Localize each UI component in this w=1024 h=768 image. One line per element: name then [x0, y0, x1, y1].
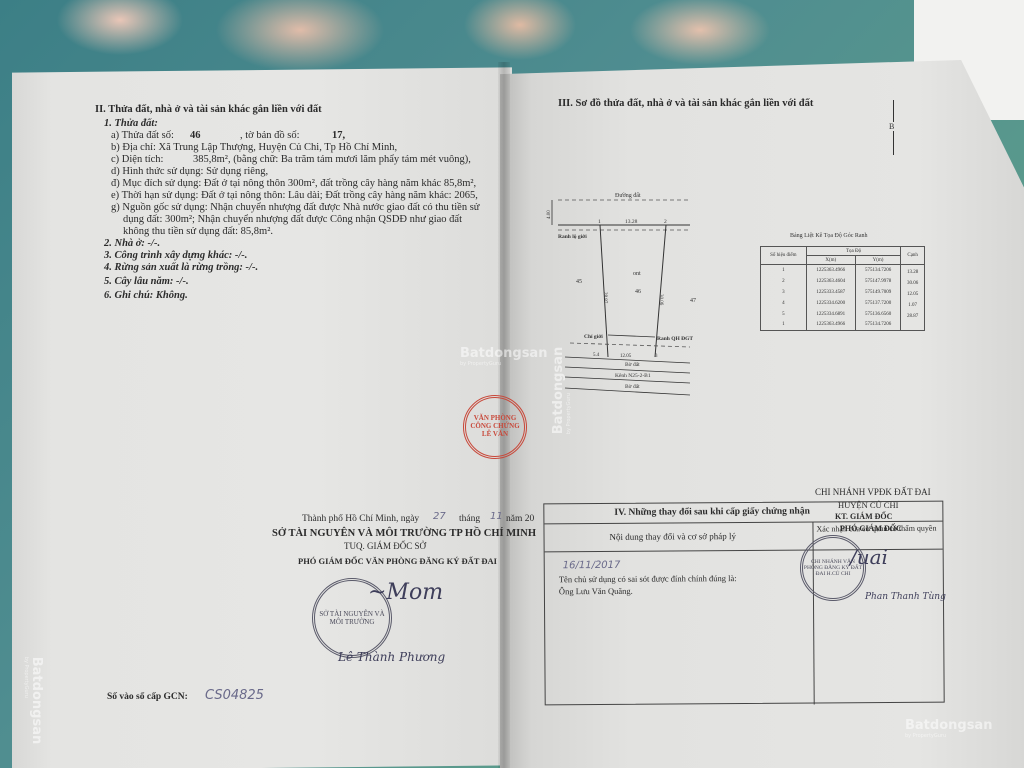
coord-edge: 1.07 — [901, 298, 925, 309]
watermark-tagline: by PropertyGuru — [566, 347, 572, 434]
signature-mark: ~Mom — [368, 580, 443, 605]
svg-text:30.06: 30.06 — [658, 294, 663, 306]
branch-kt: KT. GIÁM ĐỐC — [835, 512, 892, 522]
item-perennial-trees: 5. Cây lâu năm: -/-. — [104, 276, 189, 289]
signer-name: Lê Thành Phương — [338, 650, 445, 664]
parcel-heading: 1. Thửa đất: — [104, 118, 158, 131]
branch-signature-mark: /uai — [850, 545, 888, 569]
item-notes: 6. Ghi chú: Không. — [104, 290, 188, 303]
date-month: 11 — [490, 511, 503, 523]
coord-x: 1225334.6891 — [806, 309, 855, 320]
authorization-line: TUQ. GIÁM ĐỐC SỞ — [344, 541, 426, 552]
area-value: 385,8m², (bằng chữ: Ba trăm tám mươi lăm… — [193, 154, 471, 167]
coord-edge: 13.28 — [901, 265, 925, 276]
issuing-agency: SỞ TÀI NGUYÊN VÀ MÔI TRƯỜNG TP HỒ CHÍ MI… — [272, 528, 536, 541]
svg-text:46: 46 — [635, 289, 641, 295]
coord-point: 5 — [761, 309, 807, 320]
change-entry-date: 16/11/2017 — [563, 560, 621, 572]
col-change-content: Nội dung thay đổi và cơ sở pháp lý — [610, 531, 737, 543]
coord-y: 575136.6560 — [855, 309, 900, 320]
coord-table: Số hiệu điểm Tọa Độ Cạnh X(m) Y(m) 11225… — [760, 246, 925, 331]
watermark-batdongsan-side: Batdongsanby PropertyGuru — [23, 657, 44, 744]
coord-y: 575149.7009 — [855, 287, 900, 298]
section-ii-title: II. Thửa đất, nhà ở và tài sản khác gắn … — [95, 104, 322, 117]
gcn-register-label: Số vào sổ cấp GCN: — [107, 692, 188, 703]
svg-text:3: 3 — [655, 354, 658, 359]
usage-origin-2: dụng đất: 300m²; Nhận chuyển nhượng đất … — [123, 214, 462, 227]
usage-term: e) Thời hạn sử dụng: Đất ở tại nông thôn… — [111, 190, 478, 203]
watermark-batdongsan-corner: Batdongsanby PropertyGuru — [905, 718, 992, 739]
coord-edge: 28.87 — [901, 309, 925, 320]
map-sheet-label: , tờ bản đồ số: — [240, 130, 300, 143]
coord-row: 11225363.4966575134.7206 — [761, 320, 925, 331]
coord-point: 1 — [761, 265, 807, 276]
department-seal-text: SỞ TÀI NGUYÊN VÀ MÔI TRƯỜNG — [315, 610, 389, 626]
col-y: Y(m) — [855, 256, 900, 265]
area-label: c) Diện tích: — [111, 154, 163, 167]
coord-y: 575134.7206 — [855, 265, 900, 276]
svg-text:Kênh N25-2-B1: Kênh N25-2-B1 — [615, 373, 651, 379]
signer-title: PHÓ GIÁM ĐỐC VĂN PHÒNG ĐĂNG KÝ ĐẤT ĐAI — [298, 556, 497, 566]
svg-text:Bờ đất: Bờ đất — [625, 383, 640, 390]
place-date-label: Thành phố Hồ Chí Minh, ngày — [302, 514, 419, 525]
svg-text:Bờ đất: Bờ đất — [625, 361, 640, 368]
branch-pgd: PHÓ GIÁM ĐỐC — [840, 524, 902, 534]
branch-district: HUYỆN CỦ CHI — [838, 500, 898, 510]
watermark-brand: Batdongsan — [460, 346, 547, 361]
watermark-batdongsan: Batdongsanby PropertyGuru — [460, 346, 547, 367]
usage-form: d) Hình thức sử dụng: Sử dụng riêng, — [111, 166, 268, 179]
section-iv-title: IV. Những thay đổi sau khi cấp giấy chứn… — [614, 507, 810, 520]
coord-x: 1225333.4587 — [806, 287, 855, 298]
coord-row: 11225363.4966575134.720613.28 — [761, 265, 925, 276]
parcel-number: 46 — [190, 130, 201, 143]
coord-point: 2 — [761, 276, 807, 287]
month-label: tháng — [459, 514, 480, 525]
svg-text:1: 1 — [598, 219, 601, 225]
section-iii-title: III. Sơ đồ thửa đất, nhà ở và tài sản kh… — [558, 98, 813, 111]
watermark-tagline: by PropertyGuru — [460, 361, 547, 367]
watermark-brand: Batdongsan — [905, 718, 992, 733]
parcel-number-label: a) Thửa đất số: — [111, 130, 174, 143]
col-coord: Tọa Độ — [806, 247, 901, 256]
coord-x: 1225363.4966 — [806, 265, 855, 276]
coord-edge: 12.05 — [901, 287, 925, 298]
svg-text:Ranh lộ giới: Ranh lộ giới — [558, 234, 587, 240]
map-sheet-number: 17, — [332, 130, 345, 143]
coord-point: 3 — [761, 287, 807, 298]
svg-text:47: 47 — [690, 298, 696, 304]
notary-red-stamp: VĂN PHÒNG CÔNG CHỨNG LÊ VĂN — [463, 395, 527, 459]
svg-text:Chỉ giới: Chỉ giới — [584, 334, 603, 340]
coord-x: 1225363.4604 — [806, 276, 855, 287]
svg-text:12.05: 12.05 — [620, 354, 632, 359]
usage-origin-3: không thu tiền sử dụng đất: 85,8m². — [123, 226, 273, 239]
col-edge: Cạnh — [901, 247, 925, 265]
parcel-address: b) Địa chỉ: Xã Trung Lập Thượng, Huyện C… — [111, 142, 397, 155]
change-entry-text-2: Ông Lưu Văn Quãng. — [559, 586, 633, 597]
watermark-tagline: by PropertyGuru — [905, 733, 992, 739]
coord-edge: 30.06 — [901, 276, 925, 287]
svg-text:4.00: 4.00 — [547, 210, 552, 219]
col-x: X(m) — [806, 256, 855, 265]
coord-point: 1 — [761, 320, 807, 331]
svg-text:ont: ont — [633, 271, 641, 277]
coord-row: 51225334.6891575136.656028.87 — [761, 309, 925, 320]
svg-text:5.4: 5.4 — [593, 353, 600, 358]
item-other-construction: 3. Công trình xây dựng khác: -/-. — [104, 250, 247, 263]
coord-row: 41225334.6200575137.72001.07 — [761, 298, 925, 309]
item-planted-forest: 4. Rừng sản xuất là rừng trồng: -/-. — [104, 262, 258, 275]
coord-table-caption: Bảng Liệt Kê Tọa Độ Góc Ranh — [790, 233, 868, 239]
coord-row: 31225333.4587575149.700912.05 — [761, 287, 925, 298]
coord-row: 21225363.4604575147.997830.06 — [761, 276, 925, 287]
year-label: năm 20 — [506, 514, 534, 525]
gcn-register-number: CS04825 — [205, 688, 264, 704]
usage-origin-1: g) Nguồn gốc sử dụng: Nhận chuyển nhượng… — [111, 202, 480, 215]
coord-x: 1225363.4966 — [806, 320, 855, 331]
svg-text:Đường đất: Đường đất — [615, 192, 641, 199]
svg-text:Ranh QH ĐGT: Ranh QH ĐGT — [657, 336, 693, 342]
notary-stamp-text: VĂN PHÒNG CÔNG CHỨNG LÊ VĂN — [466, 415, 524, 438]
watermark-brand: Batdongsan — [551, 347, 566, 434]
coord-y: 575134.7206 — [855, 320, 900, 331]
col-point: Số hiệu điểm — [761, 247, 807, 265]
watermark-batdongsan-vertical: Batdongsanby PropertyGuru — [551, 347, 572, 434]
date-day: 27 — [433, 511, 446, 523]
svg-text:28.87: 28.87 — [602, 292, 607, 304]
item-house: 2. Nhà ở: -/-. — [104, 238, 160, 251]
north-label: B — [889, 122, 894, 131]
coord-edge — [901, 320, 925, 331]
coord-x: 1225334.6200 — [806, 298, 855, 309]
coord-y: 575147.9978 — [855, 276, 900, 287]
coord-point: 4 — [761, 298, 807, 309]
change-entry-text-1: Tên chủ sử dụng có sai sót được đính chí… — [559, 573, 737, 584]
usage-purpose: đ) Mục đích sử dụng: Đất ở tại nông thôn… — [111, 178, 476, 191]
branch-header: CHI NHÁNH VPĐK ĐẤT ĐAI — [815, 487, 931, 498]
svg-text:45: 45 — [576, 279, 582, 285]
svg-text:2: 2 — [664, 219, 667, 225]
coord-y: 575137.7200 — [855, 298, 900, 309]
svg-text:13.28: 13.28 — [625, 219, 638, 225]
watermark-brand: Batdongsan — [29, 657, 44, 744]
branch-signer-name: Phan Thanh Tùng — [865, 592, 946, 602]
